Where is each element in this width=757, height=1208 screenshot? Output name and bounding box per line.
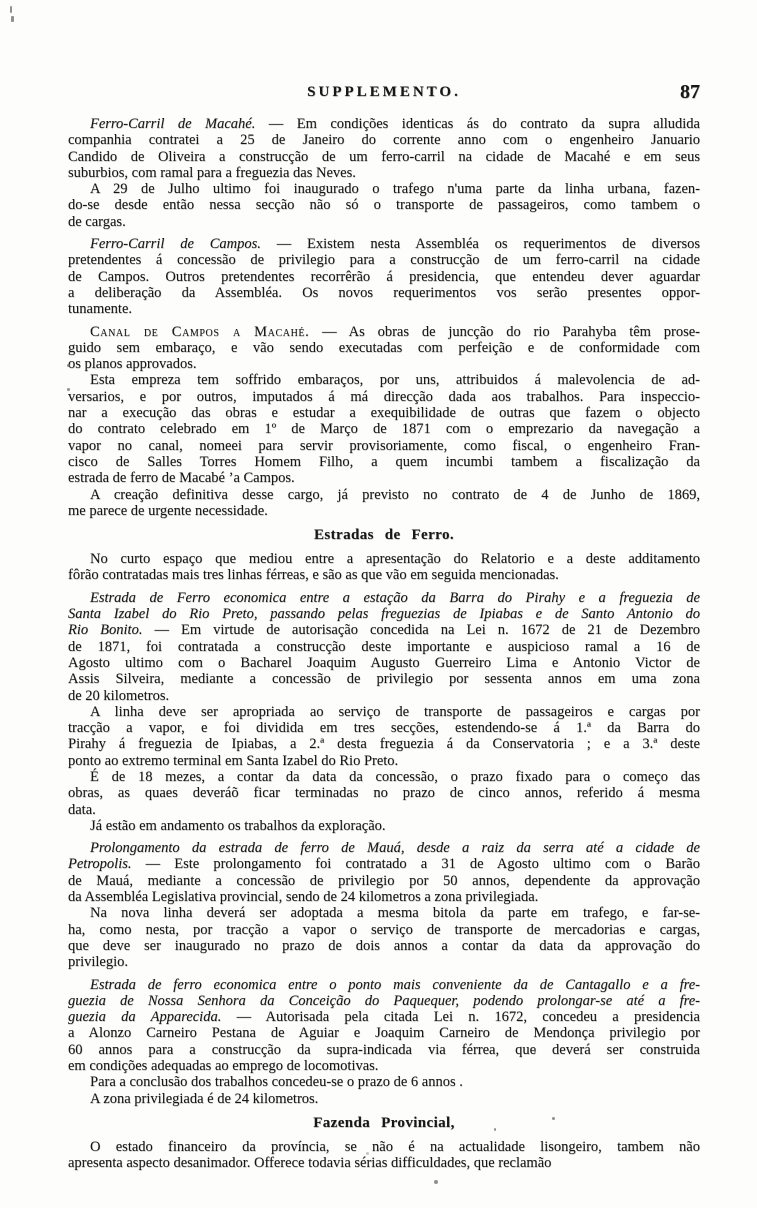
text-run: — Em virtude de autorisação concedida na…	[142, 622, 700, 638]
text-run: A zona privilegiada é de 24 kilometros.	[90, 1091, 318, 1107]
text-run: de 20 kilometros.	[68, 688, 169, 704]
text-run: obras, as quaes deveráõ ficar terminadas…	[68, 785, 700, 801]
text-run: pretendentes á concessão de privilegio p…	[68, 252, 700, 268]
text-line: data.	[68, 802, 700, 818]
text-line: da Assembléa Legislativa provincial, sen…	[68, 889, 700, 905]
text-run-italic: guezia de Nossa Senhora da Conceição do …	[68, 993, 700, 1009]
text-line: em condições adequadas ao emprego de loc…	[68, 1058, 700, 1074]
paragraph: A zona privilegiada é de 24 kilometros.	[68, 1091, 700, 1107]
text-line: guezia da Apparecida. — Autorisada pela …	[68, 1009, 700, 1025]
text-run: guido sem embaraço, e vão sendo executad…	[68, 340, 700, 356]
text-line: tracção a vapor, e foi dividida em tres …	[68, 720, 700, 736]
text-run: cisco de Salles Torres Homem Filho, a qu…	[68, 454, 700, 470]
text-line: de 20 kilometros.	[68, 688, 700, 704]
paragraph: A creação definitiva desse cargo, já pre…	[68, 487, 700, 520]
text-line: do contrato celebrado em 1º de Março de …	[68, 421, 700, 437]
text-line: Rio Bonito. — Em virtude de autorisação …	[68, 622, 700, 638]
text-line: cisco de Salles Torres Homem Filho, a qu…	[68, 454, 700, 470]
text-run: Agosto ultimo com o Bacharel Joaquim Aug…	[68, 655, 700, 671]
document-page: SUPPLEMENTO. 87 Ferro-Carril de Macahé. …	[0, 0, 757, 1208]
text-line: Candido de Oliveira a construcção de um …	[68, 149, 700, 165]
text-line: A creação definitiva desse cargo, já pre…	[68, 487, 700, 503]
paragraph: Esta empreza tem soffrido embaraços, por…	[68, 372, 700, 486]
text-run: No curto espaço que mediou entre a apres…	[90, 551, 700, 567]
text-line: Estrada de ferro economica entre o ponto…	[68, 977, 700, 993]
text-line: vapor no canal, nomeei para servir provi…	[68, 438, 700, 454]
text-line: ha, como nesta, por tracção a vapor o se…	[68, 922, 700, 938]
text-line: nar a execução das obras e estudar a exe…	[68, 405, 700, 421]
text-line: a Alonzo Carneiro Pestana de Aguiar e Jo…	[68, 1025, 700, 1041]
text-line: me parece de urgente necessidade.	[68, 503, 700, 519]
text-run: ponto ao extremo terminal em Santa Izabe…	[68, 753, 398, 769]
text-run-smallcaps: Canal de Campos a Macahé.	[90, 324, 309, 340]
text-run: que deve ser inaugurado no prazo de dois…	[68, 938, 700, 954]
text-line: Já estão em andamento os trabalhos da ex…	[68, 818, 700, 834]
text-run-italic: guezia da Apparecida.	[68, 1009, 221, 1025]
text-run: em condições adequadas ao emprego de loc…	[68, 1058, 378, 1074]
text-run: de cargas.	[68, 214, 126, 230]
text-run: Esta empreza tem soffrido embaraços, por…	[90, 372, 700, 388]
text-run: A linha deve ser apropriada ao serviço d…	[90, 704, 700, 720]
text-run: — As obras de juncção do rio Parahyba tê…	[309, 324, 700, 340]
text-run: A creação definitiva desse cargo, já pre…	[90, 487, 700, 503]
text-run: É de 18 mezes, a contar da data da conce…	[90, 769, 700, 785]
text-line: os planos approvados.	[68, 356, 700, 372]
scan-speck	[534, 1048, 536, 1053]
text-run: suburbios, com ramal para a freguezia da…	[68, 165, 356, 181]
text-run-italic: Rio Bonito.	[68, 622, 142, 638]
text-run: os planos approvados.	[68, 356, 196, 372]
scan-speck	[67, 364, 70, 367]
text-run: versarios, e por outros, imputados á má …	[68, 389, 700, 405]
paragraph: Ferro-Carril de Campos. — Existem nesta …	[68, 236, 700, 317]
text-run: apresenta aspecto desanimador. Offerece …	[68, 1155, 551, 1171]
page-title: SUPPLEMENTO.	[68, 84, 700, 101]
text-line: A 29 de Julho ultimo foi inaugurado o tr…	[68, 181, 700, 197]
scan-speck	[434, 1180, 438, 1184]
text-run-italic: Estrada de ferro economica entre o ponto…	[90, 977, 700, 993]
paragraph: É de 18 mezes, a contar da data da conce…	[68, 769, 700, 818]
text-run: 60 annos para a construcção da supra-ind…	[68, 1042, 700, 1058]
text-line: de Campos. Outros pretendentes recorrêrã…	[68, 269, 700, 285]
text-line: Para a conclusão dos trabalhos concedeu-…	[68, 1074, 700, 1090]
text-run: a deliberação da Assembléa. Os novos req…	[68, 285, 700, 301]
text-run-italic: Ferro-Carril de Macahé.	[90, 116, 255, 132]
text-run: Assis Silveira, mediante a concessão de …	[68, 671, 700, 687]
text-run: companhia contratei a 25 de Janeiro do c…	[68, 132, 700, 148]
section-heading: Estradas de Ferro.	[68, 527, 700, 544]
text-run-italic: Ferro-Carril de Campos.	[90, 236, 261, 252]
scan-speck	[552, 1117, 555, 1120]
text-line: Canal de Campos a Macahé. — As obras de …	[68, 324, 700, 340]
text-run-italic: Petropolis.	[68, 856, 132, 872]
text-run: a Alonzo Carneiro Pestana de Aguiar e Jo…	[68, 1025, 700, 1041]
text-line: de cargas.	[68, 214, 700, 230]
text-line: Esta empreza tem soffrido embaraços, por…	[68, 372, 700, 388]
text-line: É de 18 mezes, a contar da data da conce…	[68, 769, 700, 785]
text-line: ponto ao extremo terminal em Santa Izabe…	[68, 753, 700, 769]
text-run: me parece de urgente necessidade.	[68, 503, 268, 519]
document-content: Ferro-Carril de Macahé. — Em condições i…	[68, 116, 700, 1172]
text-line: que deve ser inaugurado no prazo de dois…	[68, 938, 700, 954]
text-line: Prolongamento da estrada de ferro de Mau…	[68, 840, 700, 856]
text-line: Petropolis. — Este prolongamento foi con…	[68, 856, 700, 872]
text-line: A zona privilegiada é de 24 kilometros.	[68, 1091, 700, 1107]
paragraph: Na nova linha deverá ser adoptada a mesm…	[68, 905, 700, 970]
scan-speck	[366, 1152, 369, 1155]
text-run: — Autorisada pela citada Lei n. 1672, co…	[221, 1009, 700, 1025]
text-run: tracção a vapor, e foi dividida em tres …	[68, 720, 700, 736]
text-line: A linha deve ser apropriada ao serviço d…	[68, 704, 700, 720]
paragraph: No curto espaço que mediou entre a apres…	[68, 551, 700, 584]
text-line: a deliberação da Assembléa. Os novos req…	[68, 285, 700, 301]
text-line: privilegio.	[68, 954, 700, 970]
paragraph: A linha deve ser apropriada ao serviço d…	[68, 704, 700, 769]
text-line: Santa Izabel do Rio Preto, passando pela…	[68, 606, 700, 622]
text-line: Na nova linha deverá ser adoptada a mesm…	[68, 905, 700, 921]
text-run: da Assembléa Legislativa provincial, sen…	[68, 889, 538, 905]
text-run: — Em condições identicas ás do contrato …	[255, 116, 700, 132]
text-line: do-se desde então nessa secção não só o …	[68, 197, 700, 213]
text-run: de Campos. Outros pretendentes recorrêrã…	[68, 269, 700, 285]
text-run-italic: Santa Izabel do Rio Preto, passando pela…	[68, 606, 700, 622]
paragraph: O estado financeiro da província, se não…	[68, 1139, 700, 1172]
text-line: de Mauá, mediante a concessão de privile…	[68, 873, 700, 889]
text-line: guezia de Nossa Senhora da Conceição do …	[68, 993, 700, 1009]
text-run: de Mauá, mediante a concessão de privile…	[68, 873, 700, 889]
text-run: A 29 de Julho ultimo foi inaugurado o tr…	[90, 181, 700, 197]
text-run: vapor no canal, nomeei para servir provi…	[68, 438, 700, 454]
scan-speck	[10, 6, 12, 13]
text-line: Ferro-Carril de Campos. — Existem nesta …	[68, 236, 700, 252]
running-head: SUPPLEMENTO. 87	[68, 84, 700, 108]
text-line: Ferro-Carril de Macahé. — Em condições i…	[68, 116, 700, 132]
paragraph: Canal de Campos a Macahé. — As obras de …	[68, 324, 700, 373]
text-run-italic: Estrada de Ferro economica entre a estaç…	[90, 590, 700, 606]
text-line: Estrada de Ferro economica entre a estaç…	[68, 590, 700, 606]
text-run: Já estão em andamento os trabalhos da ex…	[90, 818, 386, 834]
section-heading: Fazenda Provincial,	[68, 1115, 700, 1132]
text-line: estrada de ferro de Macabé ’a Campos.	[68, 470, 700, 486]
text-run: fôrão contratadas mais tres linhas férre…	[68, 567, 559, 583]
text-run: O estado financeiro da província, se não…	[90, 1139, 700, 1155]
text-line: tunamente.	[68, 301, 700, 317]
text-line: pretendentes á concessão de privilegio p…	[68, 252, 700, 268]
scan-speck	[494, 1128, 496, 1131]
paragraph: Ferro-Carril de Macahé. — Em condições i…	[68, 116, 700, 181]
text-line: suburbios, com ramal para a freguezia da…	[68, 165, 700, 181]
text-run: privilegio.	[68, 954, 128, 970]
text-line: obras, as quaes deveráõ ficar terminadas…	[68, 785, 700, 801]
text-run: Pirahy á freguezia de Ipiabas, a 2.ª des…	[68, 736, 700, 752]
text-line: companhia contratei a 25 de Janeiro do c…	[68, 132, 700, 148]
text-line: fôrão contratadas mais tres linhas férre…	[68, 567, 700, 583]
text-run: data.	[68, 802, 96, 818]
text-line: versarios, e por outros, imputados á má …	[68, 389, 700, 405]
text-run: Candido de Oliveira a construcção de um …	[68, 149, 700, 165]
text-run: Para a conclusão dos trabalhos concedeu-…	[90, 1074, 463, 1090]
text-run: Na nova linha deverá ser adoptada a mesm…	[90, 905, 700, 921]
text-run: nar a execução das obras e estudar a exe…	[68, 405, 700, 421]
text-line: apresenta aspecto desanimador. Offerece …	[68, 1155, 700, 1171]
text-run: — Existem nesta Assembléa os requeriment…	[261, 236, 700, 252]
paragraph: Prolongamento da estrada de ferro de Mau…	[68, 840, 700, 905]
text-run: estrada de ferro de Macabé ’a Campos.	[68, 470, 295, 486]
text-line: guido sem embaraço, e vão sendo executad…	[68, 340, 700, 356]
text-line: Agosto ultimo com o Bacharel Joaquim Aug…	[68, 655, 700, 671]
text-run: — Este prolongamento foi contratado a 31…	[132, 856, 700, 872]
text-line: No curto espaço que mediou entre a apres…	[68, 551, 700, 567]
text-line: Assis Silveira, mediante a concessão de …	[68, 671, 700, 687]
text-line: 60 annos para a construcção da supra-ind…	[68, 1042, 700, 1058]
paragraph: Já estão em andamento os trabalhos da ex…	[68, 818, 700, 834]
text-line: de 1871, foi contratada a construcção de…	[68, 639, 700, 655]
text-run: tunamente.	[68, 301, 132, 317]
scan-speck	[67, 388, 70, 391]
text-run: do contrato celebrado em 1º de Março de …	[68, 421, 700, 437]
text-run: do-se desde então nessa secção não só o …	[68, 197, 700, 213]
paragraph: Estrada de Ferro economica entre a estaç…	[68, 590, 700, 704]
text-run: de 1871, foi contratada a construcção de…	[68, 639, 700, 655]
text-run-italic: Prolongamento da estrada de ferro de Mau…	[90, 840, 700, 856]
scan-speck	[11, 16, 14, 22]
text-line: Pirahy á freguezia de Ipiabas, a 2.ª des…	[68, 736, 700, 752]
text-run: ha, como nesta, por tracção a vapor o se…	[68, 922, 700, 938]
paragraph: Para a conclusão dos trabalhos concedeu-…	[68, 1074, 700, 1090]
text-line: O estado financeiro da província, se não…	[68, 1139, 700, 1155]
page-number: 87	[680, 81, 700, 104]
paragraph: Estrada de ferro economica entre o ponto…	[68, 977, 700, 1075]
paragraph: A 29 de Julho ultimo foi inaugurado o tr…	[68, 181, 700, 230]
